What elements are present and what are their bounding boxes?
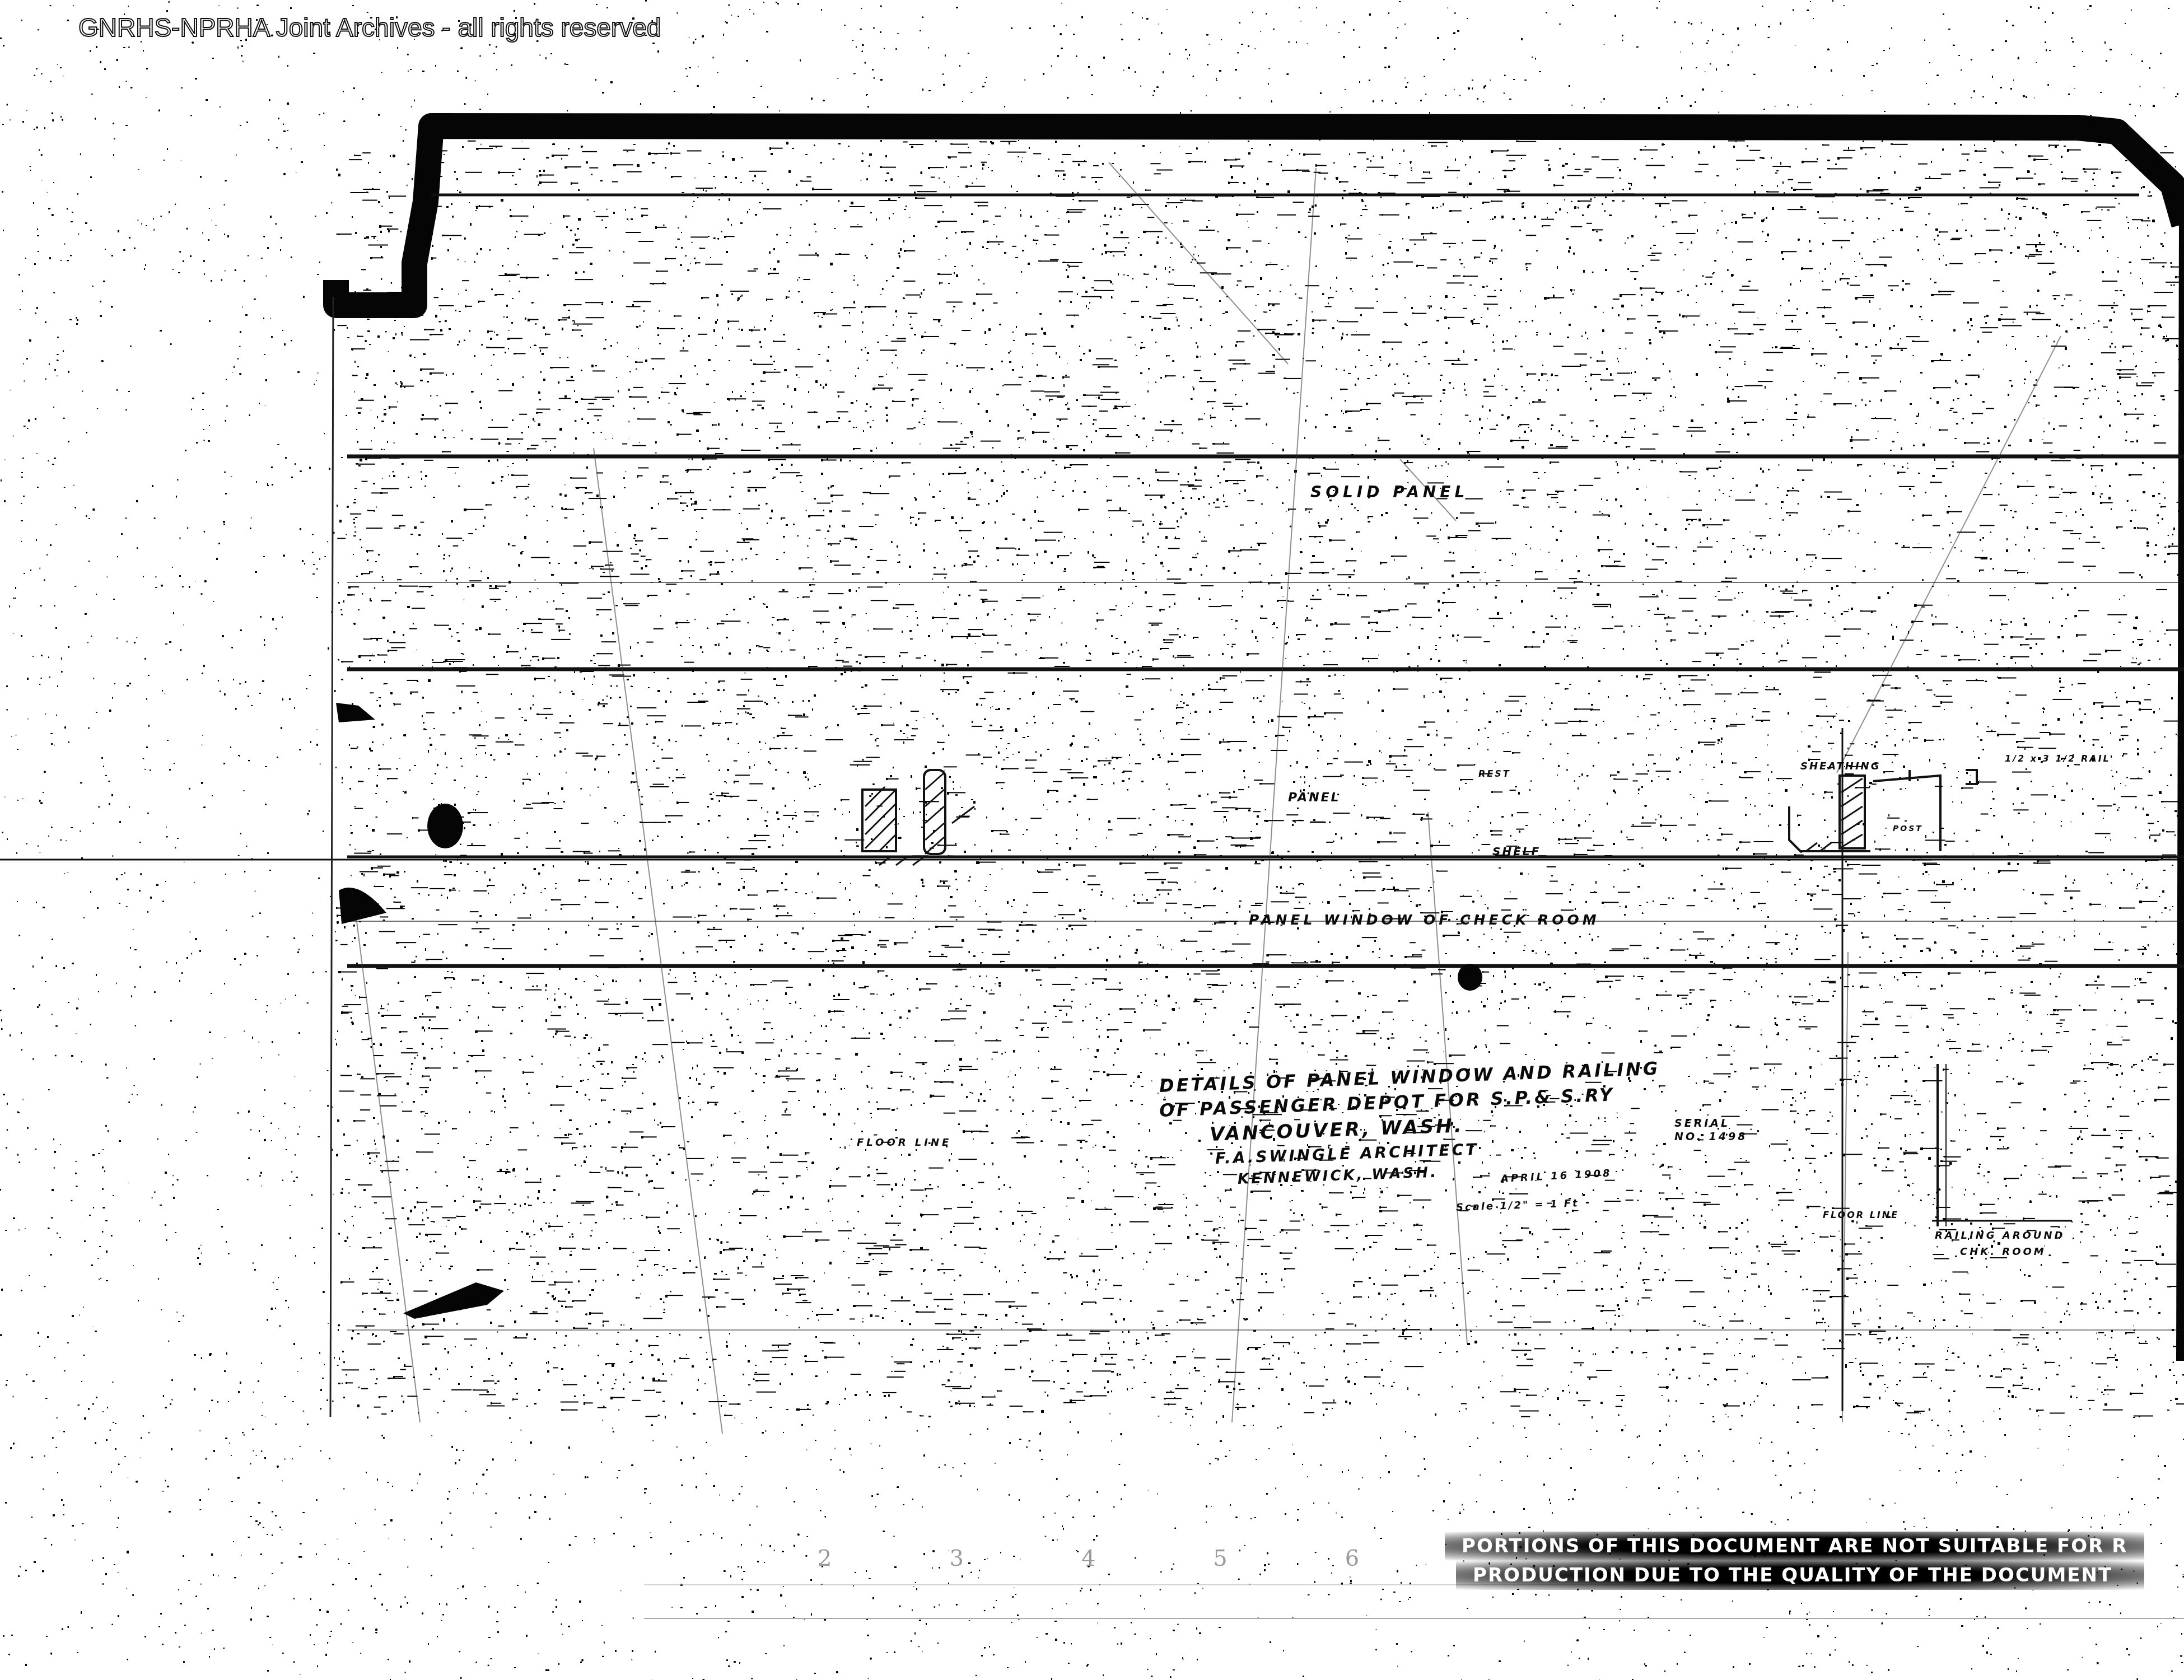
label-panel: PANEL bbox=[1288, 791, 1341, 805]
label-sheathing: SHEATHING bbox=[1800, 760, 1880, 772]
ruler-number: 4 bbox=[1081, 1546, 1095, 1571]
label-shelf: SHELF bbox=[1492, 844, 1541, 858]
label-floor-line-right: FLOOR LINE bbox=[1823, 1210, 1899, 1220]
sheet-top-border bbox=[336, 126, 2184, 305]
hatched-section-detail-left bbox=[857, 770, 974, 865]
serial-number: NO. 1498 bbox=[1674, 1131, 1747, 1143]
caption-panel-window-check-room: PANEL WINDOW OF CHECK ROOM bbox=[1249, 912, 1600, 928]
label-post: POST bbox=[1893, 824, 1923, 833]
sheet-left-edge bbox=[330, 297, 333, 1417]
drawing-sheet bbox=[0, 0, 2184, 1680]
scratch-lines bbox=[353, 162, 2061, 1434]
bottom-ruler-numbers: 2 3 4 5 6 bbox=[818, 1546, 1359, 1571]
serial-block: SERIAL NO. 1498 bbox=[1674, 1117, 1747, 1143]
label-rail-dimension: 1/2 x 3 1/2 RAIL bbox=[2005, 753, 2111, 764]
archive-watermark: GNRHS-NPRHA Joint Archives - all rights … bbox=[78, 12, 661, 43]
ruler-number: 3 bbox=[949, 1546, 963, 1571]
disclaimer-line-1: PORTIONS OF THIS DOCUMENT ARE NOT SUITAB… bbox=[1445, 1532, 2144, 1561]
sheet-right-border bbox=[2181, 224, 2184, 1361]
ruler-number: 2 bbox=[818, 1546, 832, 1571]
railing-elevation-lines bbox=[1842, 728, 2072, 1411]
serial-label: SERIAL bbox=[1674, 1117, 1747, 1130]
hatched-section-detail-right bbox=[1789, 770, 1977, 851]
caption-check-room: CHK. ROOM bbox=[1960, 1246, 2046, 1258]
ruler-number: 5 bbox=[1213, 1546, 1227, 1571]
label-rest: REST bbox=[1478, 768, 1511, 779]
label-floor-line-left: FLOOR LINE bbox=[857, 1137, 951, 1149]
label-solid-panel: SOLID PANEL bbox=[1310, 483, 1468, 501]
disclaimer-line-2: PRODUCTION DUE TO THE QUALITY OF THE DOC… bbox=[1456, 1561, 2144, 1590]
quality-disclaimer-stamp: PORTIONS OF THIS DOCUMENT ARE NOT SUITAB… bbox=[1445, 1532, 2144, 1590]
bottom-ruler-ticks bbox=[644, 1585, 2184, 1618]
caption-railing-around: RAILING AROUND bbox=[1935, 1230, 2065, 1242]
ruler-number: 6 bbox=[1345, 1546, 1359, 1571]
